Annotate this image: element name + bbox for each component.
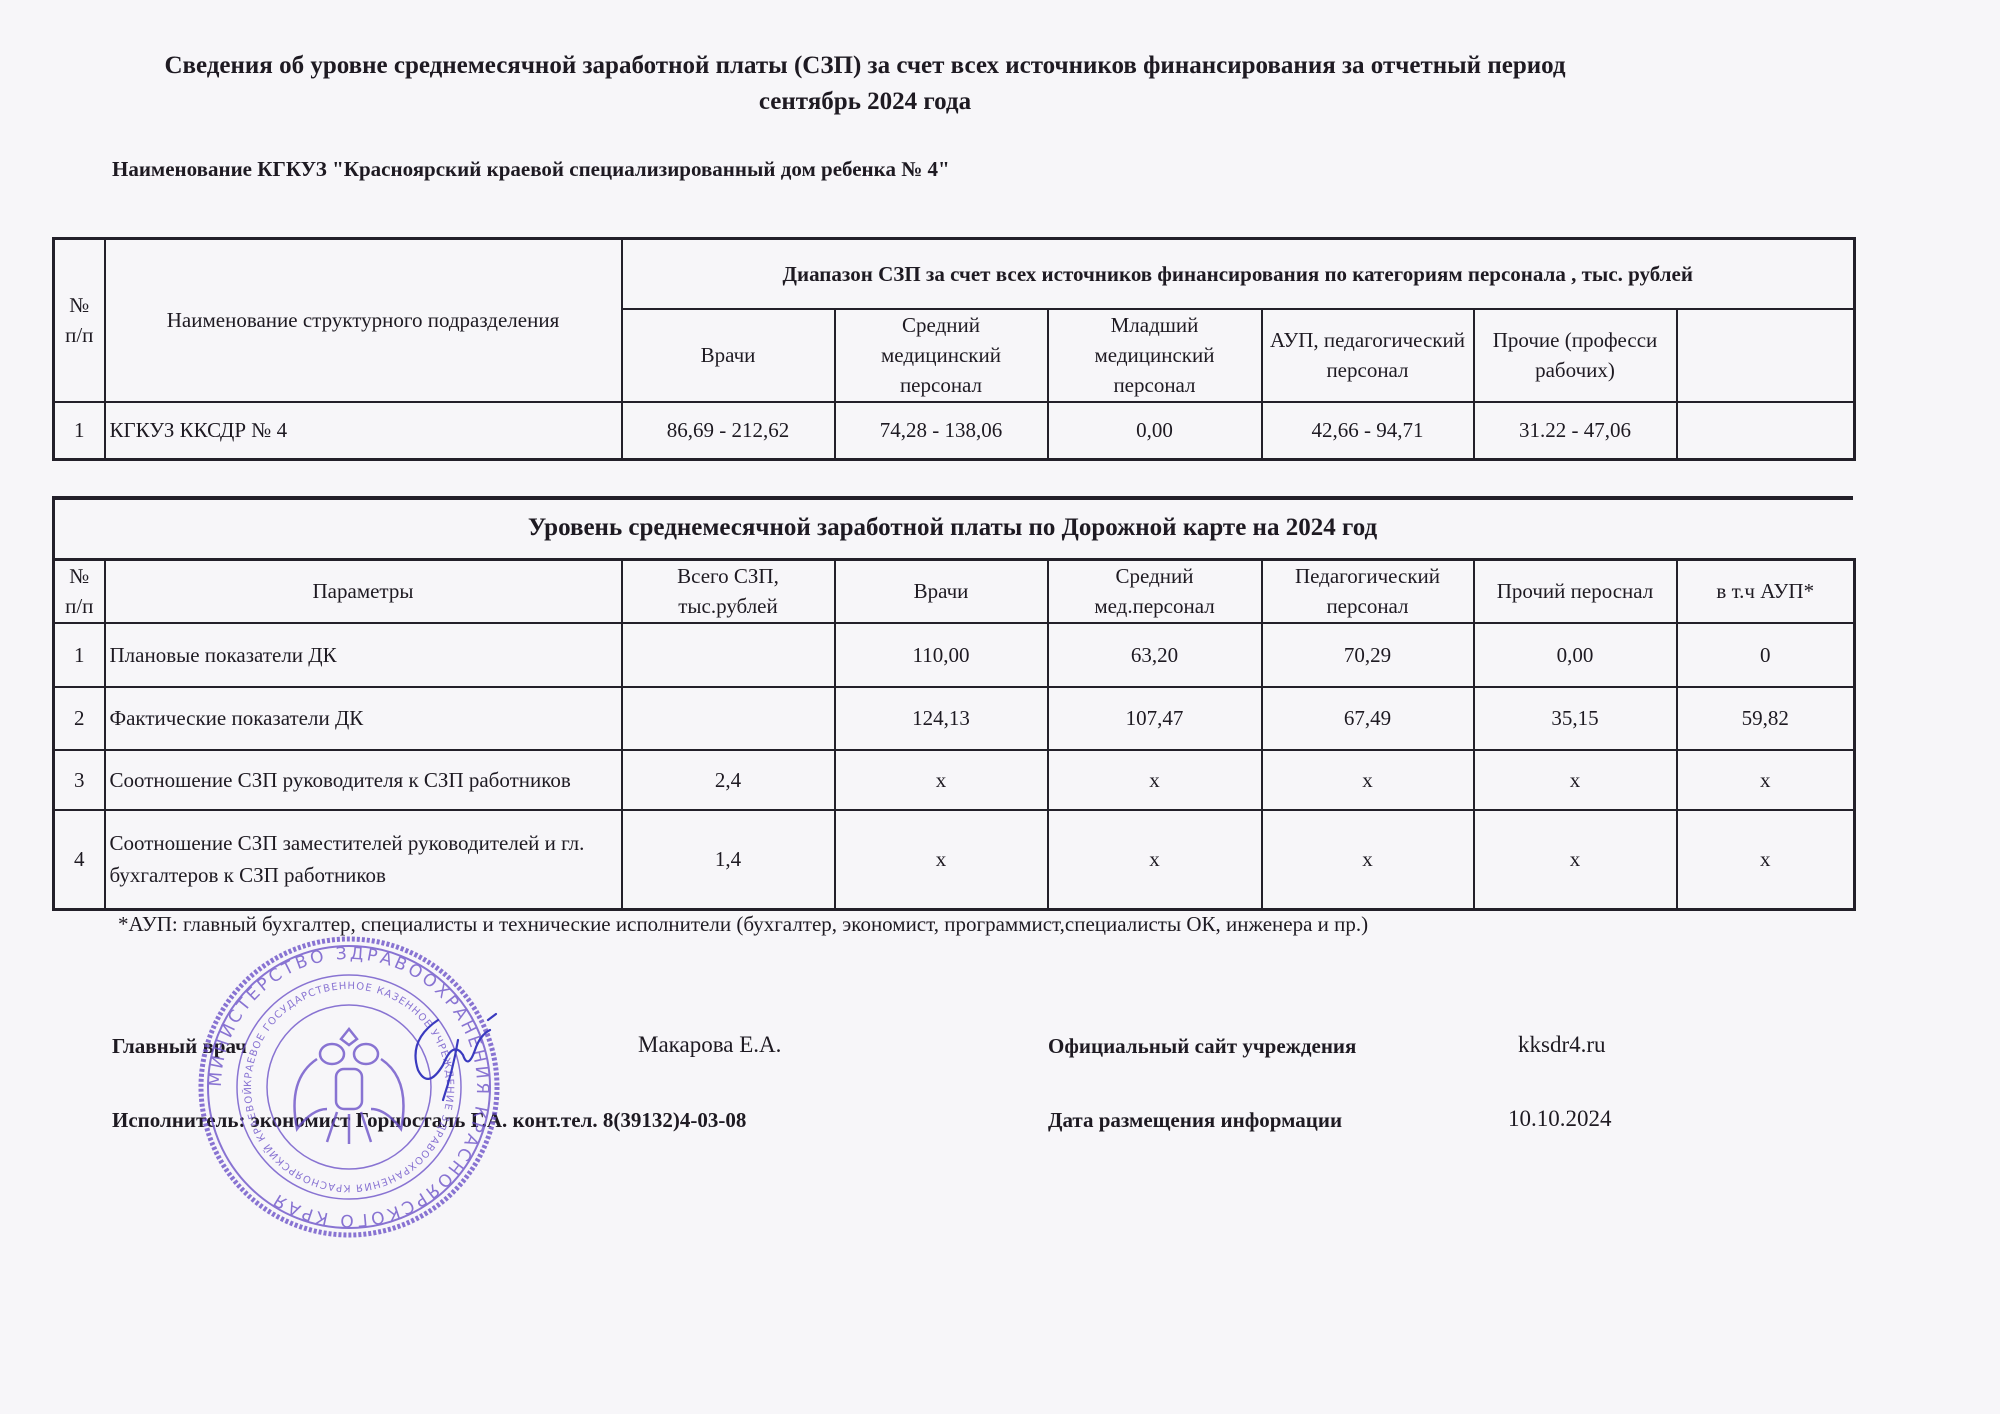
header-col-admin-pedagogical: АУП, педагогический персонал — [1262, 309, 1474, 402]
header-col-mid-medical: Средний мед.персонал — [1048, 560, 1262, 623]
cell-doctors: 110,00 — [835, 623, 1048, 687]
cell-total: 1,4 — [622, 810, 835, 910]
cell-mid-medical: 107,47 — [1048, 687, 1262, 750]
cell-mid-medical: 63,20 — [1048, 623, 1262, 687]
table-row: 4 Соотношение СЗП заместителей руководит… — [54, 810, 1855, 910]
cell-pedagogical: х — [1262, 810, 1474, 910]
header-row-number: № п/п — [54, 239, 105, 402]
cell-pedagogical: 70,29 — [1262, 623, 1474, 687]
header-col-other-workers: Прочие (професси рабочих) — [1474, 309, 1677, 402]
cell-doctors: 124,13 — [835, 687, 1048, 750]
signature-icon — [398, 1000, 508, 1110]
cell-mid-medical: 74,28 - 138,06 — [835, 402, 1048, 460]
header-col-mid-medical: Средний медицинский персонал — [835, 309, 1048, 402]
cell-other-staff: х — [1474, 750, 1677, 810]
cell-empty — [1677, 402, 1855, 460]
table-row: 1 Плановые показатели ДК 110,00 63,20 70… — [54, 623, 1855, 687]
header-col-total: Всего СЗП, тыс.рублей — [622, 560, 835, 623]
header-col-other-staff: Прочий пероснал — [1474, 560, 1677, 623]
unit-name: КГКУЗ ККСДР № 4 — [105, 402, 622, 460]
parameter-name: Плановые показатели ДК — [105, 623, 622, 687]
cell-doctors: х — [835, 810, 1048, 910]
table-row: 1 КГКУЗ ККСДР № 4 86,69 - 212,62 74,28 -… — [54, 402, 1855, 460]
cell-total: 2,4 — [622, 750, 835, 810]
cell-junior-medical: 0,00 — [1048, 402, 1262, 460]
header-row-number: № п/п — [54, 560, 105, 623]
cell-admin: 59,82 — [1677, 687, 1855, 750]
row-number: 2 — [54, 687, 105, 750]
parameter-name: Фактические показатели ДК — [105, 687, 622, 750]
cell-pedagogical: 67,49 — [1262, 687, 1474, 750]
header-col-pedagogical: Педагогический персонал — [1262, 560, 1474, 623]
table-row: 3 Соотношение СЗП руководителя к СЗП раб… — [54, 750, 1855, 810]
cell-doctors: х — [835, 750, 1048, 810]
roadmap-table: № п/п Параметры Всего СЗП, тыс.рублей Вр… — [52, 558, 1856, 911]
cell-total — [622, 687, 835, 750]
cell-admin: х — [1677, 750, 1855, 810]
row-number: 1 — [54, 402, 105, 460]
salary-range-table: № п/п Наименование структурного подразде… — [52, 237, 1856, 461]
header-col-admin: в т.ч АУП* — [1677, 560, 1855, 623]
header-col-junior-medical: Младший медицинский персонал — [1048, 309, 1262, 402]
header-parameters: Параметры — [105, 560, 622, 623]
roadmap-table-title: Уровень среднемесячной заработной платы … — [52, 514, 1853, 542]
reporting-period: сентябрь 2024 года — [0, 88, 1730, 116]
cell-admin: х — [1677, 810, 1855, 910]
chief-doctor-name: Макарова Е.А. — [638, 1032, 781, 1058]
organization-name: Наименование КГКУЗ "Красноярский краевой… — [112, 157, 950, 182]
cell-other-staff: 0,00 — [1474, 623, 1677, 687]
row-number: 1 — [54, 623, 105, 687]
cell-other-staff: 35,15 — [1474, 687, 1677, 750]
cell-mid-medical: х — [1048, 810, 1262, 910]
cell-total — [622, 623, 835, 687]
parameter-name: Соотношение СЗП руководителя к СЗП работ… — [105, 750, 622, 810]
official-site-link[interactable]: kksdr4.ru — [1518, 1032, 1606, 1058]
row-number: 4 — [54, 810, 105, 910]
cell-mid-medical: х — [1048, 750, 1262, 810]
cell-pedagogical: х — [1262, 750, 1474, 810]
parameter-name: Соотношение СЗП заместителей руководител… — [105, 810, 622, 910]
header-range-group: Диапазон СЗП за счет всех источников фин… — [622, 239, 1855, 309]
publication-date-label: Дата размещения информации — [1048, 1108, 1342, 1133]
header-col-empty — [1677, 309, 1855, 402]
document-title: Сведения об уровне среднемесячной зарабо… — [0, 52, 1730, 80]
publication-date: 10.10.2024 — [1508, 1106, 1612, 1132]
cell-other-workers: 31.22 - 47,06 — [1474, 402, 1677, 460]
cell-doctors: 86,69 - 212,62 — [622, 402, 835, 460]
official-site-label: Официальный сайт учреждения — [1048, 1034, 1356, 1059]
table-row: 2 Фактические показатели ДК 124,13 107,4… — [54, 687, 1855, 750]
header-unit-name: Наименование структурного подразделения — [105, 239, 622, 402]
header-col-doctors: Врачи — [835, 560, 1048, 623]
cell-admin: 0 — [1677, 623, 1855, 687]
cell-other-staff: х — [1474, 810, 1677, 910]
header-col-doctors: Врачи — [622, 309, 835, 402]
row-number: 3 — [54, 750, 105, 810]
cell-admin-pedagogical: 42,66 - 94,71 — [1262, 402, 1474, 460]
